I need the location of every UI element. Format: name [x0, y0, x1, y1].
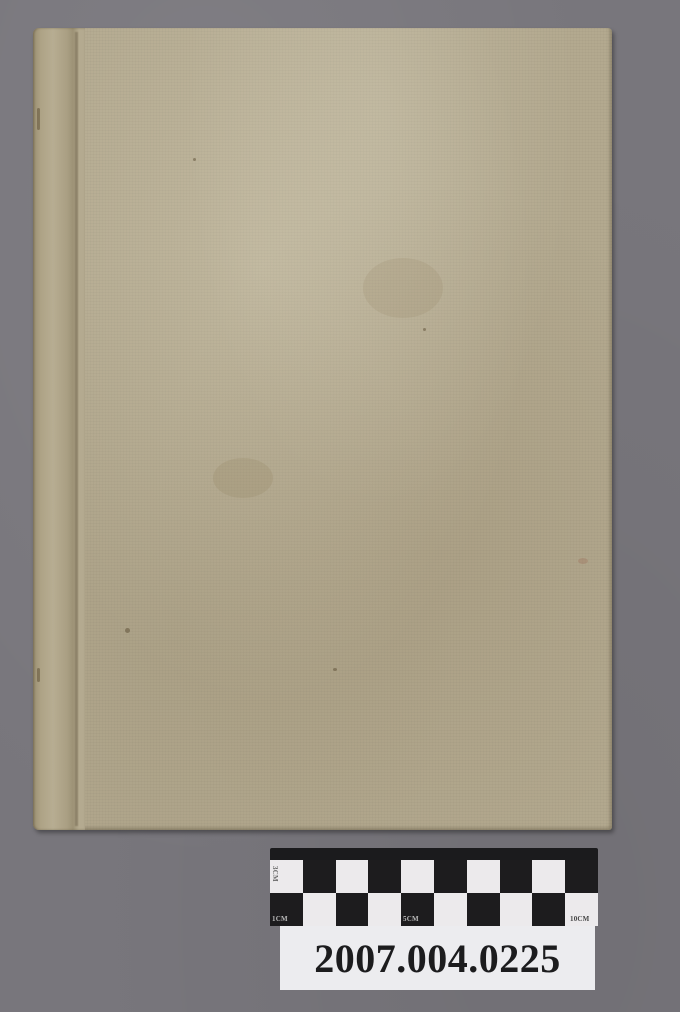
cover-stain — [213, 458, 273, 498]
scale-square — [532, 893, 565, 926]
book-cover — [33, 28, 612, 830]
spine-mark — [37, 108, 40, 130]
scale-square — [532, 860, 565, 893]
scale-square — [336, 893, 369, 926]
scale-square — [336, 860, 369, 893]
scale-square — [467, 860, 500, 893]
cover-speck — [193, 158, 196, 161]
scale-label-10cm: 10CM — [570, 915, 589, 923]
scale-checkerboard — [270, 860, 598, 926]
scale-square — [434, 860, 467, 893]
accession-number: 2007.004.0225 — [314, 935, 561, 982]
cover-speck — [125, 628, 130, 633]
accession-label-card: 2007.004.0225 — [280, 926, 595, 990]
scale-square — [303, 860, 336, 893]
cover-stain — [578, 558, 588, 564]
cover-speck — [423, 328, 426, 331]
scale-square — [500, 893, 533, 926]
scale-label-top-left: 3CM — [271, 866, 279, 882]
scale-square — [303, 893, 336, 926]
scale-square — [500, 860, 533, 893]
spine-hinge-groove — [75, 32, 78, 826]
scale-square — [368, 893, 401, 926]
scale-square — [565, 860, 598, 893]
cover-speck — [333, 668, 337, 671]
scale-square — [467, 893, 500, 926]
color-scale-bar: 3CM 1CM 5CM 10CM — [270, 848, 598, 926]
scale-label-1cm: 1CM — [272, 915, 288, 923]
scale-square — [368, 860, 401, 893]
scale-square — [434, 893, 467, 926]
spine-mark — [37, 668, 40, 682]
cover-stain — [363, 258, 443, 318]
scale-label-5cm: 5CM — [403, 915, 419, 923]
scale-square — [401, 860, 434, 893]
